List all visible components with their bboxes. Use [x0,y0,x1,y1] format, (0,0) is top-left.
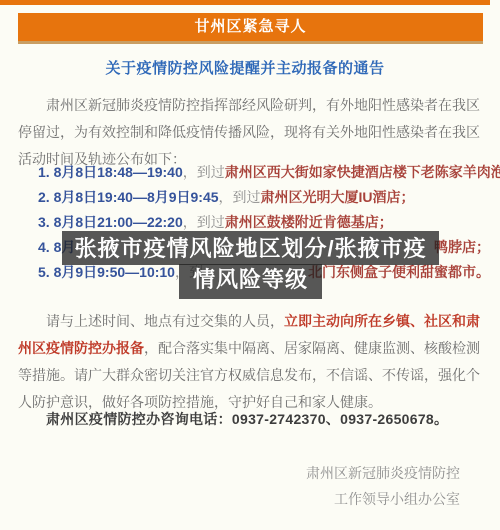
signature-line1: 肃州区新冠肺炎疫情防控 [0,460,460,486]
notice-title-text: 关于疫情防控风险提醒并主动报备的通告 [105,60,384,77]
track-place: 肃州区光明大厦IU酒店； [261,185,415,210]
overlay-caption-line1: 张掖市疫情风险地区划分/张掖市疫 [62,231,439,265]
track-separator: ，到过 [183,160,225,185]
track-item-2: 2. 8月8日19:40—8月9日9:45，到过肃州区光明大厦IU酒店； [38,185,490,210]
banner-label: 甘州区紧急寻人 [194,18,306,35]
overlay-caption-line2: 情风险等级 [179,264,322,299]
track-place: 鸭脖店； [434,235,490,260]
urgent-notice-banner: 甘州区紧急寻人 [18,13,483,44]
track-place: 肃州区西大街如家快捷酒店楼下老陈家羊肉泡馍店； [225,160,500,185]
hotline-text: 肃州区疫情防控办咨询电话：0937-2742370、0937-2650678。 [18,409,480,429]
top-accent-strip [0,0,490,5]
notice-lead: 请与上述时间、地点有过交集的人员， [46,313,284,329]
track-time: 1. 8月8日18:48—19:40 [38,160,183,185]
signature-line2: 工作领导小组办公室 [0,486,460,512]
notice-title-link[interactable]: 关于疫情防控风险提醒并主动报备的通告 [0,57,490,78]
track-item-1: 1. 8月8日18:48—19:40，到过肃州区西大街如家快捷酒店楼下老陈家羊肉… [38,160,490,185]
notice-paragraph: 请与上述时间、地点有过交集的人员，立即主动向所在乡镇、社区和肃州区疫情防控办报备… [18,308,480,416]
watermark-caption-overlay: 张掖市疫情风险地区划分/张掖市疫 情风险等级 [62,231,439,299]
overlay-caption-line2-wrap: 情风险等级 [62,264,439,299]
track-separator: ，到过 [219,185,261,210]
signature-block: 肃州区新冠肺炎疫情防控 工作领导小组办公室 [0,460,460,512]
track-time: 2. 8月8日19:40—8月9日9:45 [38,185,219,210]
